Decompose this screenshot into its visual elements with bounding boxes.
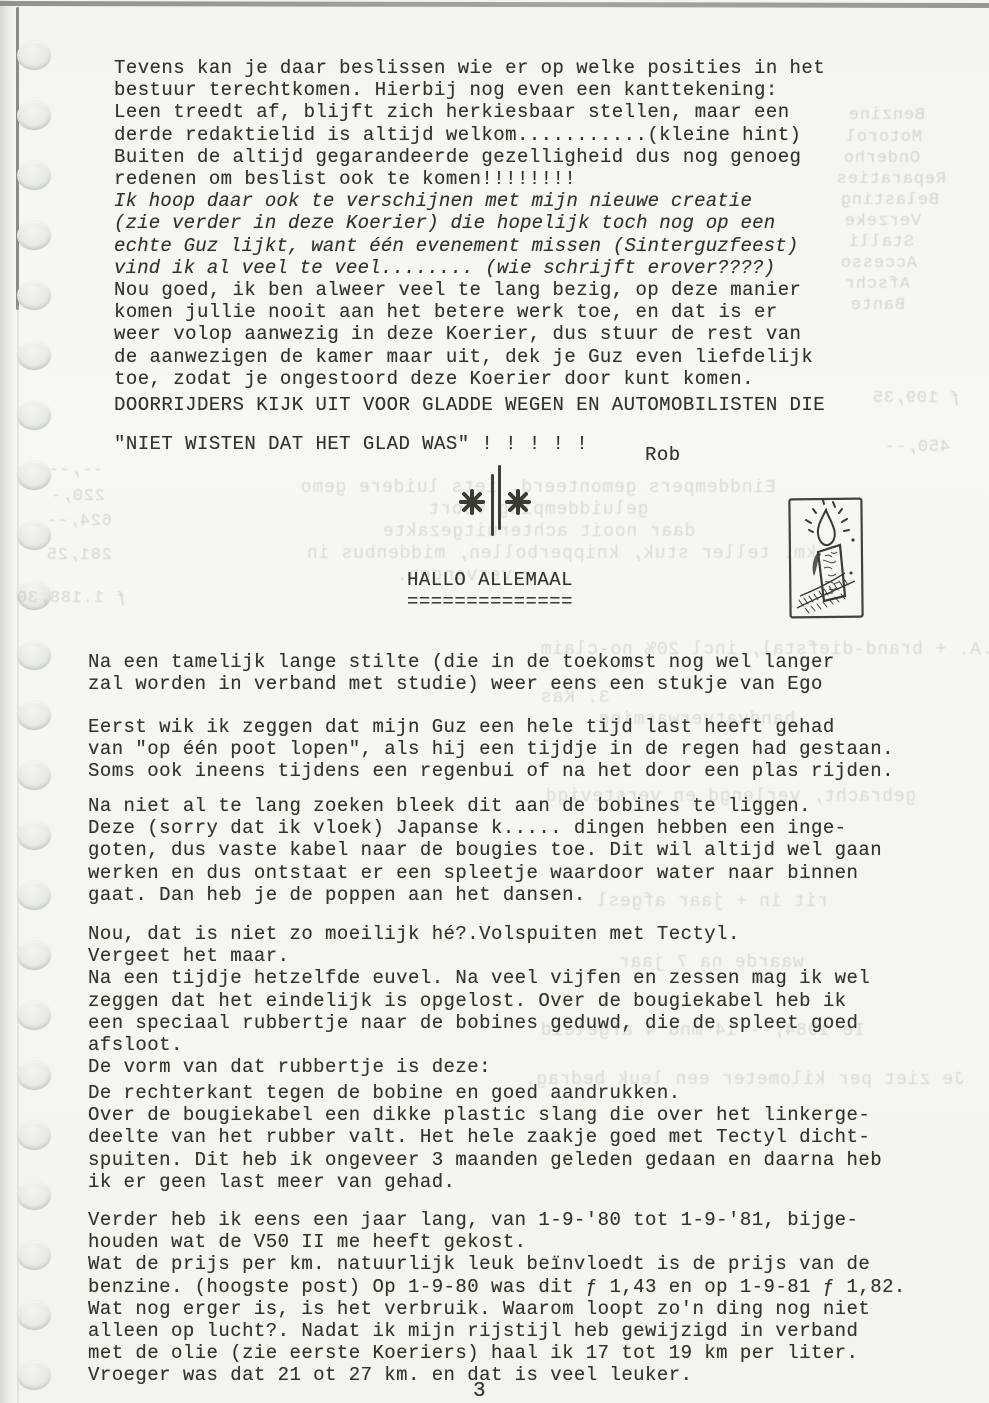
text-line: derde redaktielid is altijd welkom......… [114,124,825,146]
text-line: goten, dus vaste kabel naar de bougies t… [88,839,882,861]
text-line: Vergeet het maar. [88,945,870,967]
greeting-heading: HALLO ALLEMAAL============== [407,569,573,613]
scan-left-edge [0,0,15,1403]
text-line: Na niet al te lang zoeken bleek dit aan … [88,795,882,817]
punch-hole [17,641,51,670]
punch-hole [17,41,51,70]
text-line: met de olie (zie eerste Koeriers) haal i… [88,1342,906,1364]
text-line: redenen om beslist ook te komen!!!!!!!! [114,168,825,190]
bleedthrough-fragment: ƒ 1.188,30 [16,589,126,608]
bleedthrough-fragment: ƒ 109,35 [872,389,960,408]
text-line: Eerst wik ik zeggen dat mijn Guz een hel… [88,716,894,738]
text-line: Soms ook ineens tijdens een regenbui of … [88,760,894,782]
bleedthrough-fragment: Onderho [843,149,920,168]
bleedthrough-fragment: 450,-- [884,438,950,457]
punch-hole [17,281,51,310]
punch-hole [17,821,51,850]
text-line: spuiten. Dit heb ik ongeveer 3 maanden g… [88,1149,882,1171]
divider-bar-right [498,465,501,530]
text-line: DOORRIJDERS KIJK UIT VOOR GLADDE WEGEN E… [114,386,825,425]
punch-hole [17,161,51,190]
text-line: deelte van het rubber valt. Het hele zaa… [88,1126,882,1148]
text-line: zeggen dat het eindelijk is opgelost. Ov… [88,990,870,1012]
text-line: ============== [407,591,573,613]
text-line: (zie verder in deze Koerier) die hopelij… [114,212,825,234]
bleedthrough-fragment: Motorol [845,128,922,147]
bleedthrough-fragment: km. teller stuk, knipperbollen, middenbu… [306,544,816,564]
text-line: komen jullie nooit aan het betere werk t… [114,301,825,323]
bleedthrough-fragment: Einddempers gemonteerd, iets luidere gem… [300,478,776,498]
text-line: de aanwezigen de kamer maar uit, dek je … [114,346,825,368]
punch-hole [17,1301,51,1330]
text-line: ik er geen last meer van gehad. [88,1171,882,1193]
punch-hole [17,941,51,970]
punch-hole [17,1001,51,1030]
bleedthrough-fragment: Accesso [840,254,917,273]
punch-hole [17,761,51,790]
asterisk-icon [459,489,485,515]
text-line: Nou, dat is niet zo moeilijk hé?.Volspui… [88,923,870,945]
bleedthrough-fragment: Benzine [848,106,925,125]
text-line: houden wat de V50 II me heeft gekost. [88,1231,906,1253]
punch-hole [17,1361,51,1390]
bleedthrough-fragment: Afschr [844,275,910,294]
text-line: Wat de prijs per km. natuurlijk leuk beï… [88,1253,906,1275]
bleedthrough-fragment: Reparaties [836,170,946,189]
bleedthrough-fragment: Belasting [840,191,939,210]
bleedthrough-fragment: daar nooit achteruitgezakte [382,522,695,542]
text-line: van "op één poot lopen", als hij een tij… [88,738,894,760]
intro-paragraph: Tevens kan je daar beslissen wie er op w… [114,57,825,390]
text-line: weer volop aanwezig in deze Koerier, dus… [114,323,825,345]
text-line: benzine. (hoogste post) Op 1-9-80 was di… [88,1276,906,1298]
paragraph-silence: Na een tamelijk lange stilte (die in de … [88,651,835,695]
text-line: Na een tamelijk lange stilte (die in de … [88,651,835,673]
page-number: 3 [473,1380,487,1403]
text-line: Wat nog erger is, is het verbruik. Waaro… [88,1298,906,1320]
text-line: De rechterkant tegen de bobine en goed a… [88,1082,882,1104]
asterisk-icon [505,489,531,515]
signature-rob: Rob [645,444,681,466]
punch-hole [17,881,51,910]
text-line: bestuur terechtkomen. Hierbij nog even e… [114,79,825,101]
text-line: werken en dus ontstaat er een spleetje w… [88,862,882,884]
text-line: Rob [645,444,681,466]
text-line: De vorm van dat rubbertje is deze: [88,1056,870,1078]
bleedthrough-fragment: Verzeke [844,212,921,231]
text-line: "NIET WISTEN DAT HET GLAD WAS" ! ! ! ! ! [114,425,825,464]
scan-top-edge [0,1,989,8]
paragraph-costs-year: Verder heb ik eens een jaar lang, van 1-… [88,1209,906,1387]
bleedthrough-fragment: 281,25 [46,546,112,565]
text-line: Tevens kan je daar beslissen wie er op w… [114,57,825,79]
paragraph-rubber-fit: De rechterkant tegen de bobine en goed a… [88,1082,882,1193]
punch-hole [17,1121,51,1150]
punch-hole [17,101,51,130]
road-warning-caps: DOORRIJDERS KIJK UIT VOOR GLADDE WEGEN E… [114,386,825,464]
text-line: echte Guz lijkt, want één evenement miss… [114,235,825,257]
punch-hole [17,461,51,490]
punch-hole [17,341,51,370]
paragraph-tectyl: Nou, dat is niet zo moeilijk hé?.Volspui… [88,923,870,1078]
bleedthrough-fragment: Bante [850,296,905,315]
text-line: Nou goed, ik ben alweer veel te lang bez… [114,279,825,301]
text-line: een speciaal rubbertje naar de bobines g… [88,1012,870,1034]
text-line: zal worden in verband met studie) weer e… [88,673,835,695]
punch-hole [17,221,51,250]
text-line: Leen treedt af, blijft zich herkiesbaar … [114,101,825,123]
page: BenzineMotorolOnderhoReparatiesBelasting… [0,0,989,1403]
text-line: Vroeger was dat 21 ot 27 km. en dat is v… [88,1364,906,1386]
text-line: Buiten de altijd gegarandeerde gezelligh… [114,146,825,168]
text-line: vind ik al veel te veel........ (wie sch… [114,257,825,279]
punch-hole [17,1241,51,1270]
paragraph-bobines: Na niet al te lang zoeken bleek dit aan … [88,795,882,906]
paragraph-guz-problem: Eerst wik ik zeggen dat mijn Guz een hel… [88,716,894,783]
bleedthrough-fragment: 624,-- [46,512,112,531]
text-line: alleen op lucht?. Nadat ik mijn rijstijl… [88,1320,906,1342]
text-line: Na een tijdje hetzelfde euvel. Na veel v… [88,967,870,989]
punch-hole [17,1181,51,1210]
punch-hole [17,401,51,430]
divider-bar-left [491,474,494,536]
bleedthrough-fragment: Stalli [848,233,914,252]
text-line: Ik hoop daar ook te verschijnen met mijn… [114,190,825,212]
punch-hole [17,1061,51,1090]
punch-hole [17,701,51,730]
text-line: gaat. Dan heb je de poppen aan het danse… [88,884,882,906]
text-line: afsloot. [88,1034,870,1056]
bleedthrough-fragment: 220,- [50,487,105,506]
text-line: Deze (sorry dat ik vloek) Japanse k.....… [88,817,882,839]
text-line: HALLO ALLEMAAL [407,569,573,591]
candle-illustration [787,496,867,622]
bleedthrough-fragment: --,-- [48,461,103,480]
text-line: Over de bougiekabel een dikke plastic sl… [88,1104,882,1126]
text-line: Verder heb ik eens een jaar lang, van 1-… [88,1209,906,1231]
